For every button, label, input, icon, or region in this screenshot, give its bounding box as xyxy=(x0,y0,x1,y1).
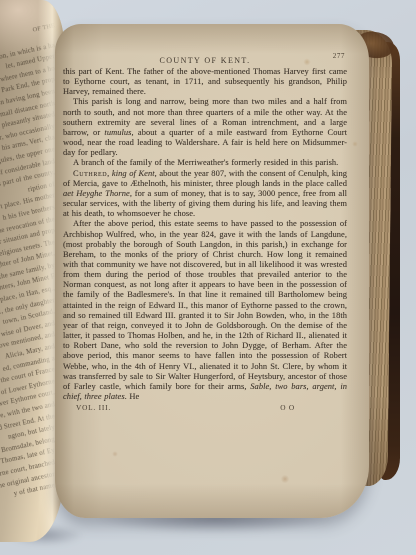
page-inner: COUNTY OF KENT. 277 this part of Kent. T… xyxy=(63,50,347,492)
paragraph: This parish is long and narrow, being mo… xyxy=(63,96,347,157)
paragraph: Cuthred, king of Kent, about the year 80… xyxy=(63,168,347,219)
body-text: this part of Kent. The father of the abo… xyxy=(63,66,347,401)
right-page: COUNTY OF KENT. 277 this part of Kent. T… xyxy=(55,24,369,518)
text-run: After the above period, this estate seem… xyxy=(63,218,347,391)
text-run: tumulus xyxy=(104,127,131,137)
page-number: 277 xyxy=(333,52,345,60)
photo-of-open-book: OF THEngdon, in which is a halet, named … xyxy=(0,0,416,555)
paragraph: this part of Kent. The father of the abo… xyxy=(63,66,347,96)
paragraph: A branch of the family of the Merriweath… xyxy=(63,157,347,167)
text-run: aet Heyghe Thorne xyxy=(63,188,130,198)
text-run: Cuthred xyxy=(73,168,107,178)
text-run: A branch of the family of the Merriweath… xyxy=(73,157,338,167)
text-run: . He xyxy=(125,391,140,401)
text-run: king of Kent xyxy=(112,168,155,178)
text-run: this part of Kent. The father of the abo… xyxy=(63,66,347,96)
paragraph: After the above period, this estate seem… xyxy=(63,218,347,401)
volume-label: VOL. III. xyxy=(76,403,111,412)
signature-mark: O O xyxy=(280,403,295,412)
page-footer: VOL. III. O O xyxy=(63,401,347,412)
running-head: COUNTY OF KENT. 277 xyxy=(63,50,347,61)
page-title: COUNTY OF KENT. xyxy=(160,56,251,65)
